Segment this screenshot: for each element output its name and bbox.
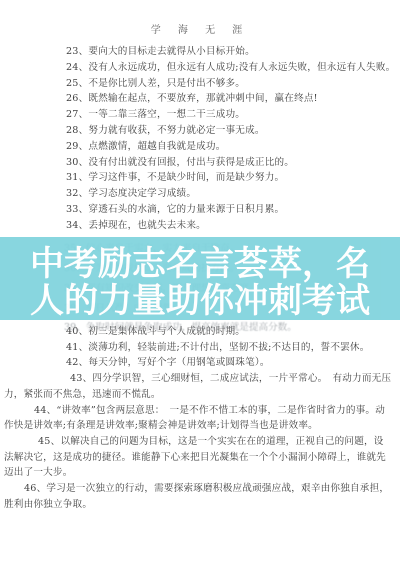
page-title: 学 海 无 涯 xyxy=(0,21,400,36)
caption-line-2: 人的力量助你冲刺考试 xyxy=(0,283,400,320)
document-page: 学 海 无 涯 23、要向大的目标走去就得从小目标开始。 24、没有人永远成功，… xyxy=(0,0,400,566)
caption-line-1: 中考励志名言荟萃，名 xyxy=(0,246,400,283)
quote-item: 31、学习这件事，不是缺少时间，而是缺少努力。 xyxy=(4,170,392,186)
quote-item: 26、既然输在起点，不要放弃，那就冲刺中间，赢在终点! xyxy=(4,91,392,107)
quote-item: 32、学习态度决定学习成绩。 xyxy=(4,186,392,202)
quote-item: 25、不是你比别人差，只是付出不够多。 xyxy=(4,76,392,92)
quote-paragraph: 45、以解决自己的问题为目标，这是一个实实在在的道理，正视自己的问题，设法解决它… xyxy=(4,434,392,481)
quote-item: 27、一等二靠三落空，一想二干三成功。 xyxy=(4,107,392,123)
quote-paragraph: 44、“讲效率”包含两层意思： 一是不作不惜工本的事，二是作省时省力的事。动作快… xyxy=(4,403,392,434)
caption-banner: 中考励志名言荟萃，名 人的力量助你冲刺考试 xyxy=(0,237,400,320)
obscured-quote-item: 39、争取时间就是争取成功，提高效率就是提高分数。 xyxy=(64,322,394,334)
quote-item: 28、努力就有收获，不努力就必定一事无成。 xyxy=(4,123,392,139)
caption-title: 中考励志名言荟萃，名 人的力量助你冲刺考试 xyxy=(0,246,400,320)
quote-item: 23、要向大的目标走去就得从小目标开始。 xyxy=(4,44,392,60)
quote-item: 24、没有人永远成功，但永远有人成功;没有人永远失败，但永远有人失败。 xyxy=(4,60,392,76)
quote-item: 33、穿透石头的水滴，它的力量来源于日积月累。 xyxy=(4,202,392,218)
quote-item: 30、没有付出就没有回报，付出与获得是成正比的。 xyxy=(4,155,392,171)
quote-list-upper: 23、要向大的目标走去就得从小目标开始。 24、没有人永远成功，但永远有人成功;… xyxy=(4,44,392,234)
quote-item: 29、点燃激情，超越自我就是成功。 xyxy=(4,139,392,155)
quote-item: 42、每天分钟，写好个字（用钢笔或圆珠笔）。 xyxy=(4,355,392,371)
quote-paragraph: 46、学习是一次独立的行动，需要探索琢磨积极应战顽强应战，艰辛由你独自承担，胜利… xyxy=(4,481,392,512)
quote-paragraph: 43、四分学识智，三心细财恒，二成应试法，一片平常心。 有动力而无压力，紧张而不… xyxy=(4,371,392,402)
quote-item: 41、淡薄功利，轻装前进;不计付出，坚韧不拔;不达目的，誓不罢休。 xyxy=(4,340,392,356)
quote-list-lower: 40、初三是集体战斗与个人成就的时期。 41、淡薄功利，轻装前进;不计付出，坚韧… xyxy=(4,324,392,512)
quote-item: 34、丢掉现在，也就失去未来。 xyxy=(4,218,392,234)
